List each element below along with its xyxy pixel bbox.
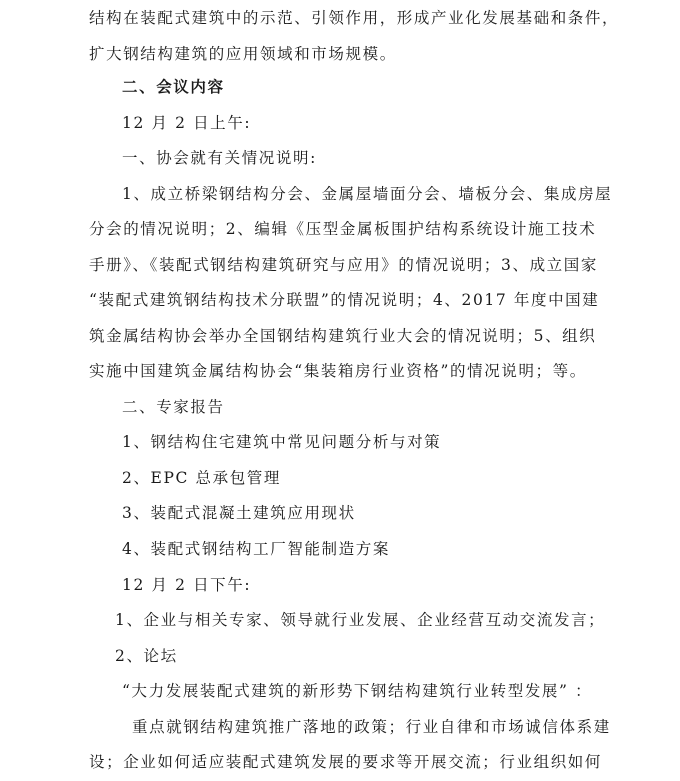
forum-title: “大力发展装配式建筑的新形势下钢结构建筑行业转型发展” ： <box>122 681 592 701</box>
list-item: 3、装配式混凝土建筑应用现状 <box>122 503 356 523</box>
paragraph-line: 扩大钢结构建筑的应用领域和市场规模。 <box>89 44 397 64</box>
date-label: 12 月 2 日上午: <box>122 113 251 133</box>
list-item: 4、装配式钢结构工厂智能制造方案 <box>122 539 390 559</box>
paragraph-line: 1、成立桥梁钢结构分会、金属屋墙面分会、墙板分会、集成房屋 <box>122 184 612 204</box>
paragraph-line: 结构在装配式建筑中的示范、引领作用，形成产业化发展基础和条件， <box>89 8 619 28</box>
paragraph-line: 重点就钢结构建筑推广落地的政策；行业自律和市场诚信体系建 <box>132 717 611 737</box>
list-item: 2、EPC 总承包管理 <box>122 468 281 488</box>
list-item: 2、论坛 <box>115 646 178 666</box>
list-item: 1、企业与相关专家、领导就行业发展、企业经营互动交流发言； <box>115 610 605 630</box>
paragraph-line: 筑金属结构协会举办全国钢结构建筑行业大会的情况说明；5、组织 <box>89 326 596 346</box>
paragraph-line: 手册》、《装配式钢结构建筑研究与应用》的情况说明；3、成立国家 <box>89 255 598 275</box>
paragraph-line: 设；企业如何适应装配式建筑发展的要求等开展交流；行业组织如何 <box>89 752 602 772</box>
paragraph-line: “装配式建筑钢结构技术分联盟”的情况说明；4、2017 年度中国建 <box>89 290 599 310</box>
paragraph-line: 分会的情况说明；2、编辑《压型金属板围护结构系统设计施工技术 <box>89 219 596 239</box>
date-label: 12 月 2 日下午: <box>122 575 251 595</box>
subsection-heading: 二、专家报告 <box>122 397 225 417</box>
list-item: 1、钢结构住宅建筑中常见问题分析与对策 <box>122 432 441 452</box>
section-heading: 二、会议内容 <box>122 77 225 97</box>
subsection-heading: 一、协会就有关情况说明: <box>122 148 317 168</box>
paragraph-line: 实施中国建筑金属结构协会“集装箱房行业资格”的情况说明；等。 <box>89 361 587 381</box>
